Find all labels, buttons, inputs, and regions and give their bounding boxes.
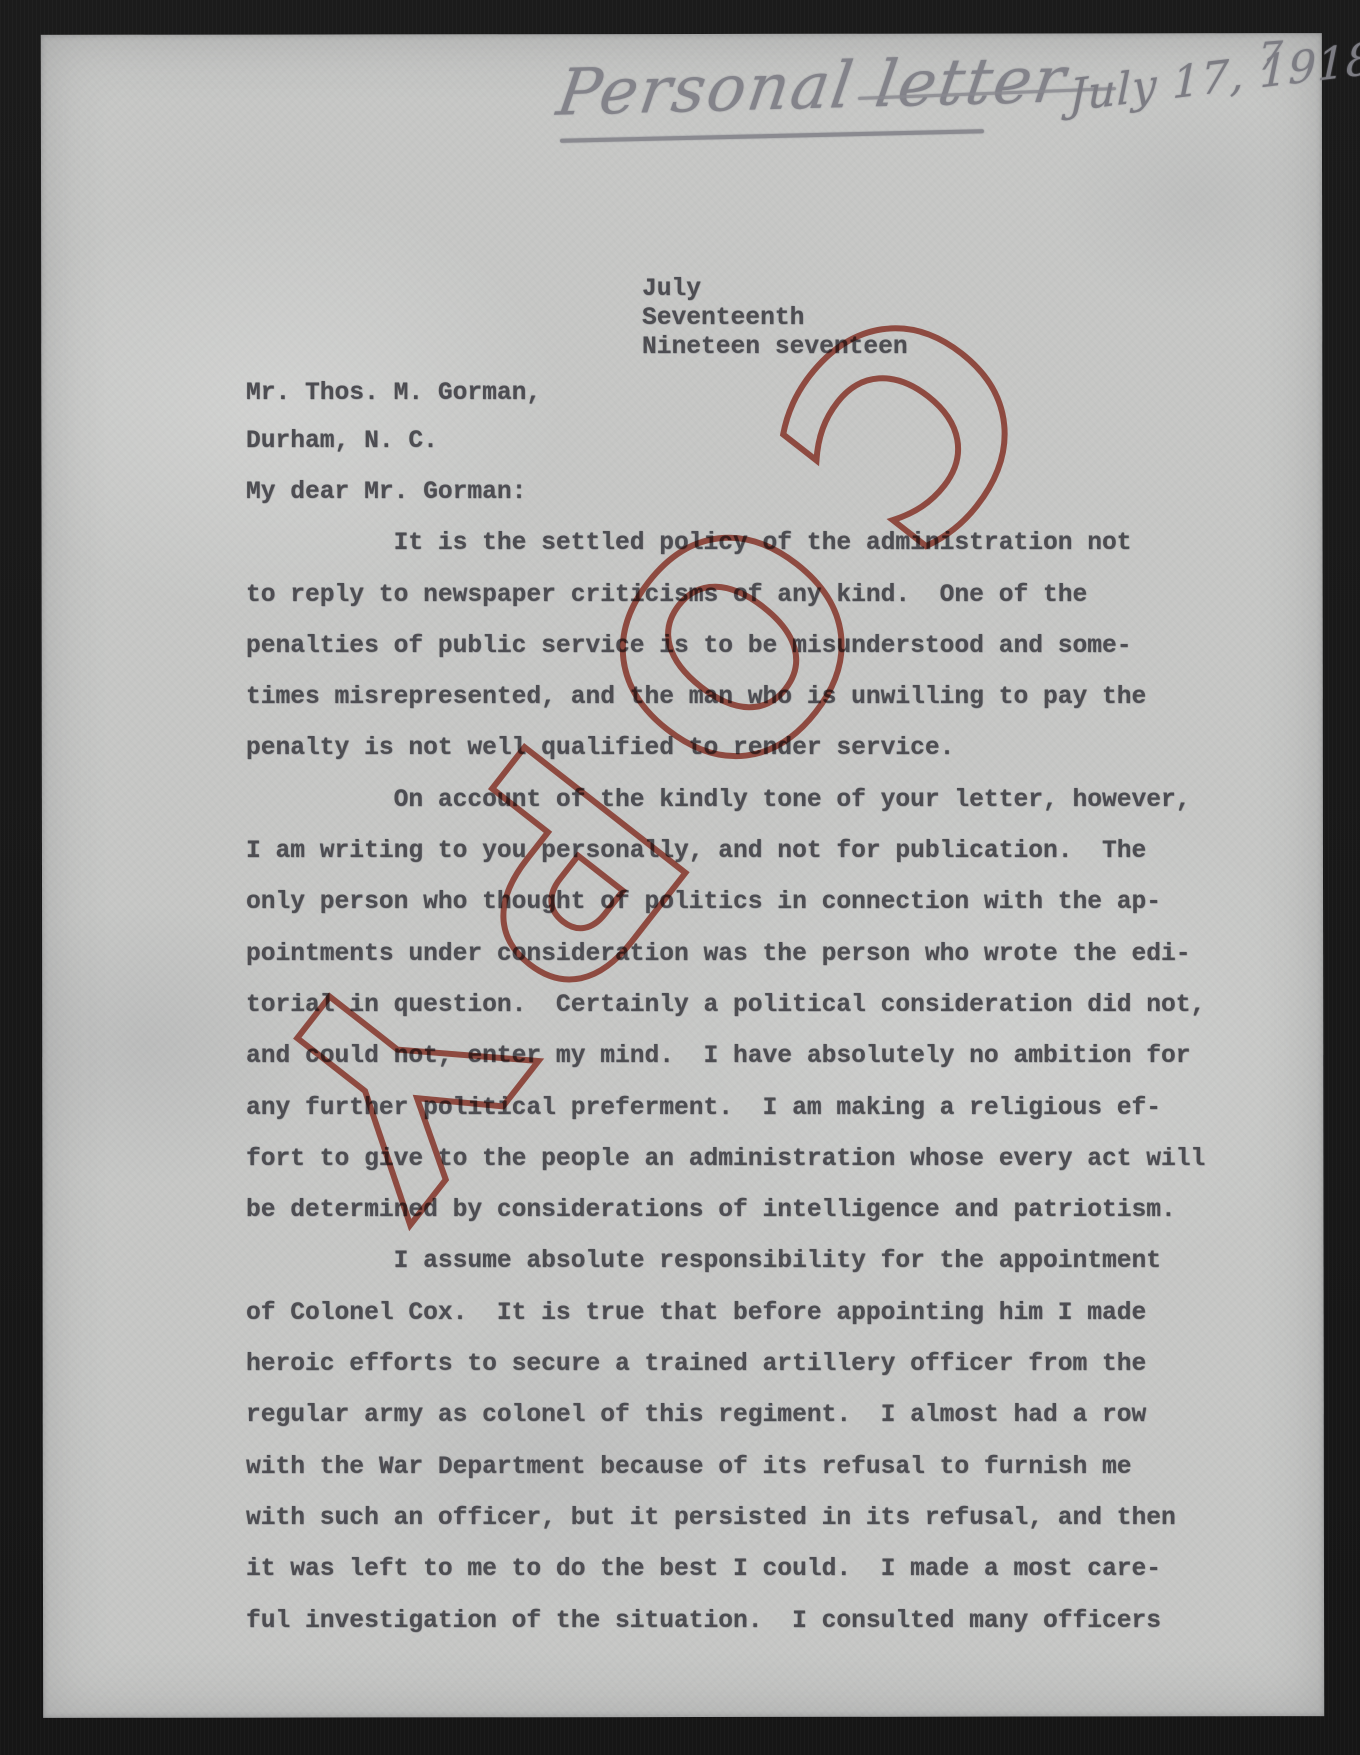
typed-line: It is the settled policy of the administ… xyxy=(246,518,1205,569)
scanned-letter-page: { "document": { "handwritten": { "classi… xyxy=(0,0,1360,1755)
typed-line: of Colonel Cox. It is true that before a… xyxy=(246,1288,1205,1339)
recipient-line: Mr. Thos. M. Gorman, xyxy=(246,370,541,418)
handwritten-classification: Personal letter xyxy=(553,43,1072,131)
typed-line: times misrepresented, and the man who is… xyxy=(246,672,1205,723)
letter-body: My dear Mr. Gorman: It is the settled po… xyxy=(246,467,1205,1647)
typed-line: with such an officer, but it persisted i… xyxy=(246,1493,1205,1544)
recipient-address-block: Mr. Thos. M. Gorman,Durham, N. C. xyxy=(246,370,541,466)
typed-line: with the War Department because of its r… xyxy=(246,1442,1205,1493)
typed-line: penalty is not well qualified to render … xyxy=(246,723,1205,774)
handwritten-date-correction: 7 xyxy=(1256,33,1283,79)
typed-date-block: JulySeventeenthNineteen seventeen xyxy=(642,275,908,362)
typed-line: to reply to newspaper criticisms of any … xyxy=(246,570,1205,621)
typed-date-line: Nineteen seventeen xyxy=(642,333,908,362)
typed-line: and could not, enter my mind. I have abs… xyxy=(246,1031,1205,1082)
typed-line: it was left to me to do the best I could… xyxy=(246,1544,1205,1595)
typed-line: torial in question. Certainly a politica… xyxy=(246,980,1205,1031)
salutation: My dear Mr. Gorman: xyxy=(246,467,1205,518)
typed-date-line: Seventeenth xyxy=(642,304,908,333)
typed-line: heroic efforts to secure a trained artil… xyxy=(246,1339,1205,1390)
typed-line: only person who thought of politics in c… xyxy=(246,877,1205,928)
typed-line: penalties of public service is to be mis… xyxy=(246,621,1205,672)
typed-line: pointments under consideration was the p… xyxy=(246,929,1205,980)
recipient-line: Durham, N. C. xyxy=(246,418,541,466)
typed-line: be determined by considerations of intel… xyxy=(246,1185,1205,1236)
typed-date-line: July xyxy=(642,275,908,304)
typed-line: regular army as colonel of this regiment… xyxy=(246,1390,1205,1441)
body-lines: It is the settled policy of the administ… xyxy=(246,518,1205,1647)
typed-line: fort to give to the people an administra… xyxy=(246,1134,1205,1185)
typed-line: any further political preferment. I am m… xyxy=(246,1083,1205,1134)
typed-line: On account of the kindly tone of your le… xyxy=(246,775,1205,826)
typed-line: ful investigation of the situation. I co… xyxy=(246,1596,1205,1647)
typed-line: I assume absolute responsibility for the… xyxy=(246,1236,1205,1287)
typed-line: I am writing to you personally, and not … xyxy=(246,826,1205,877)
